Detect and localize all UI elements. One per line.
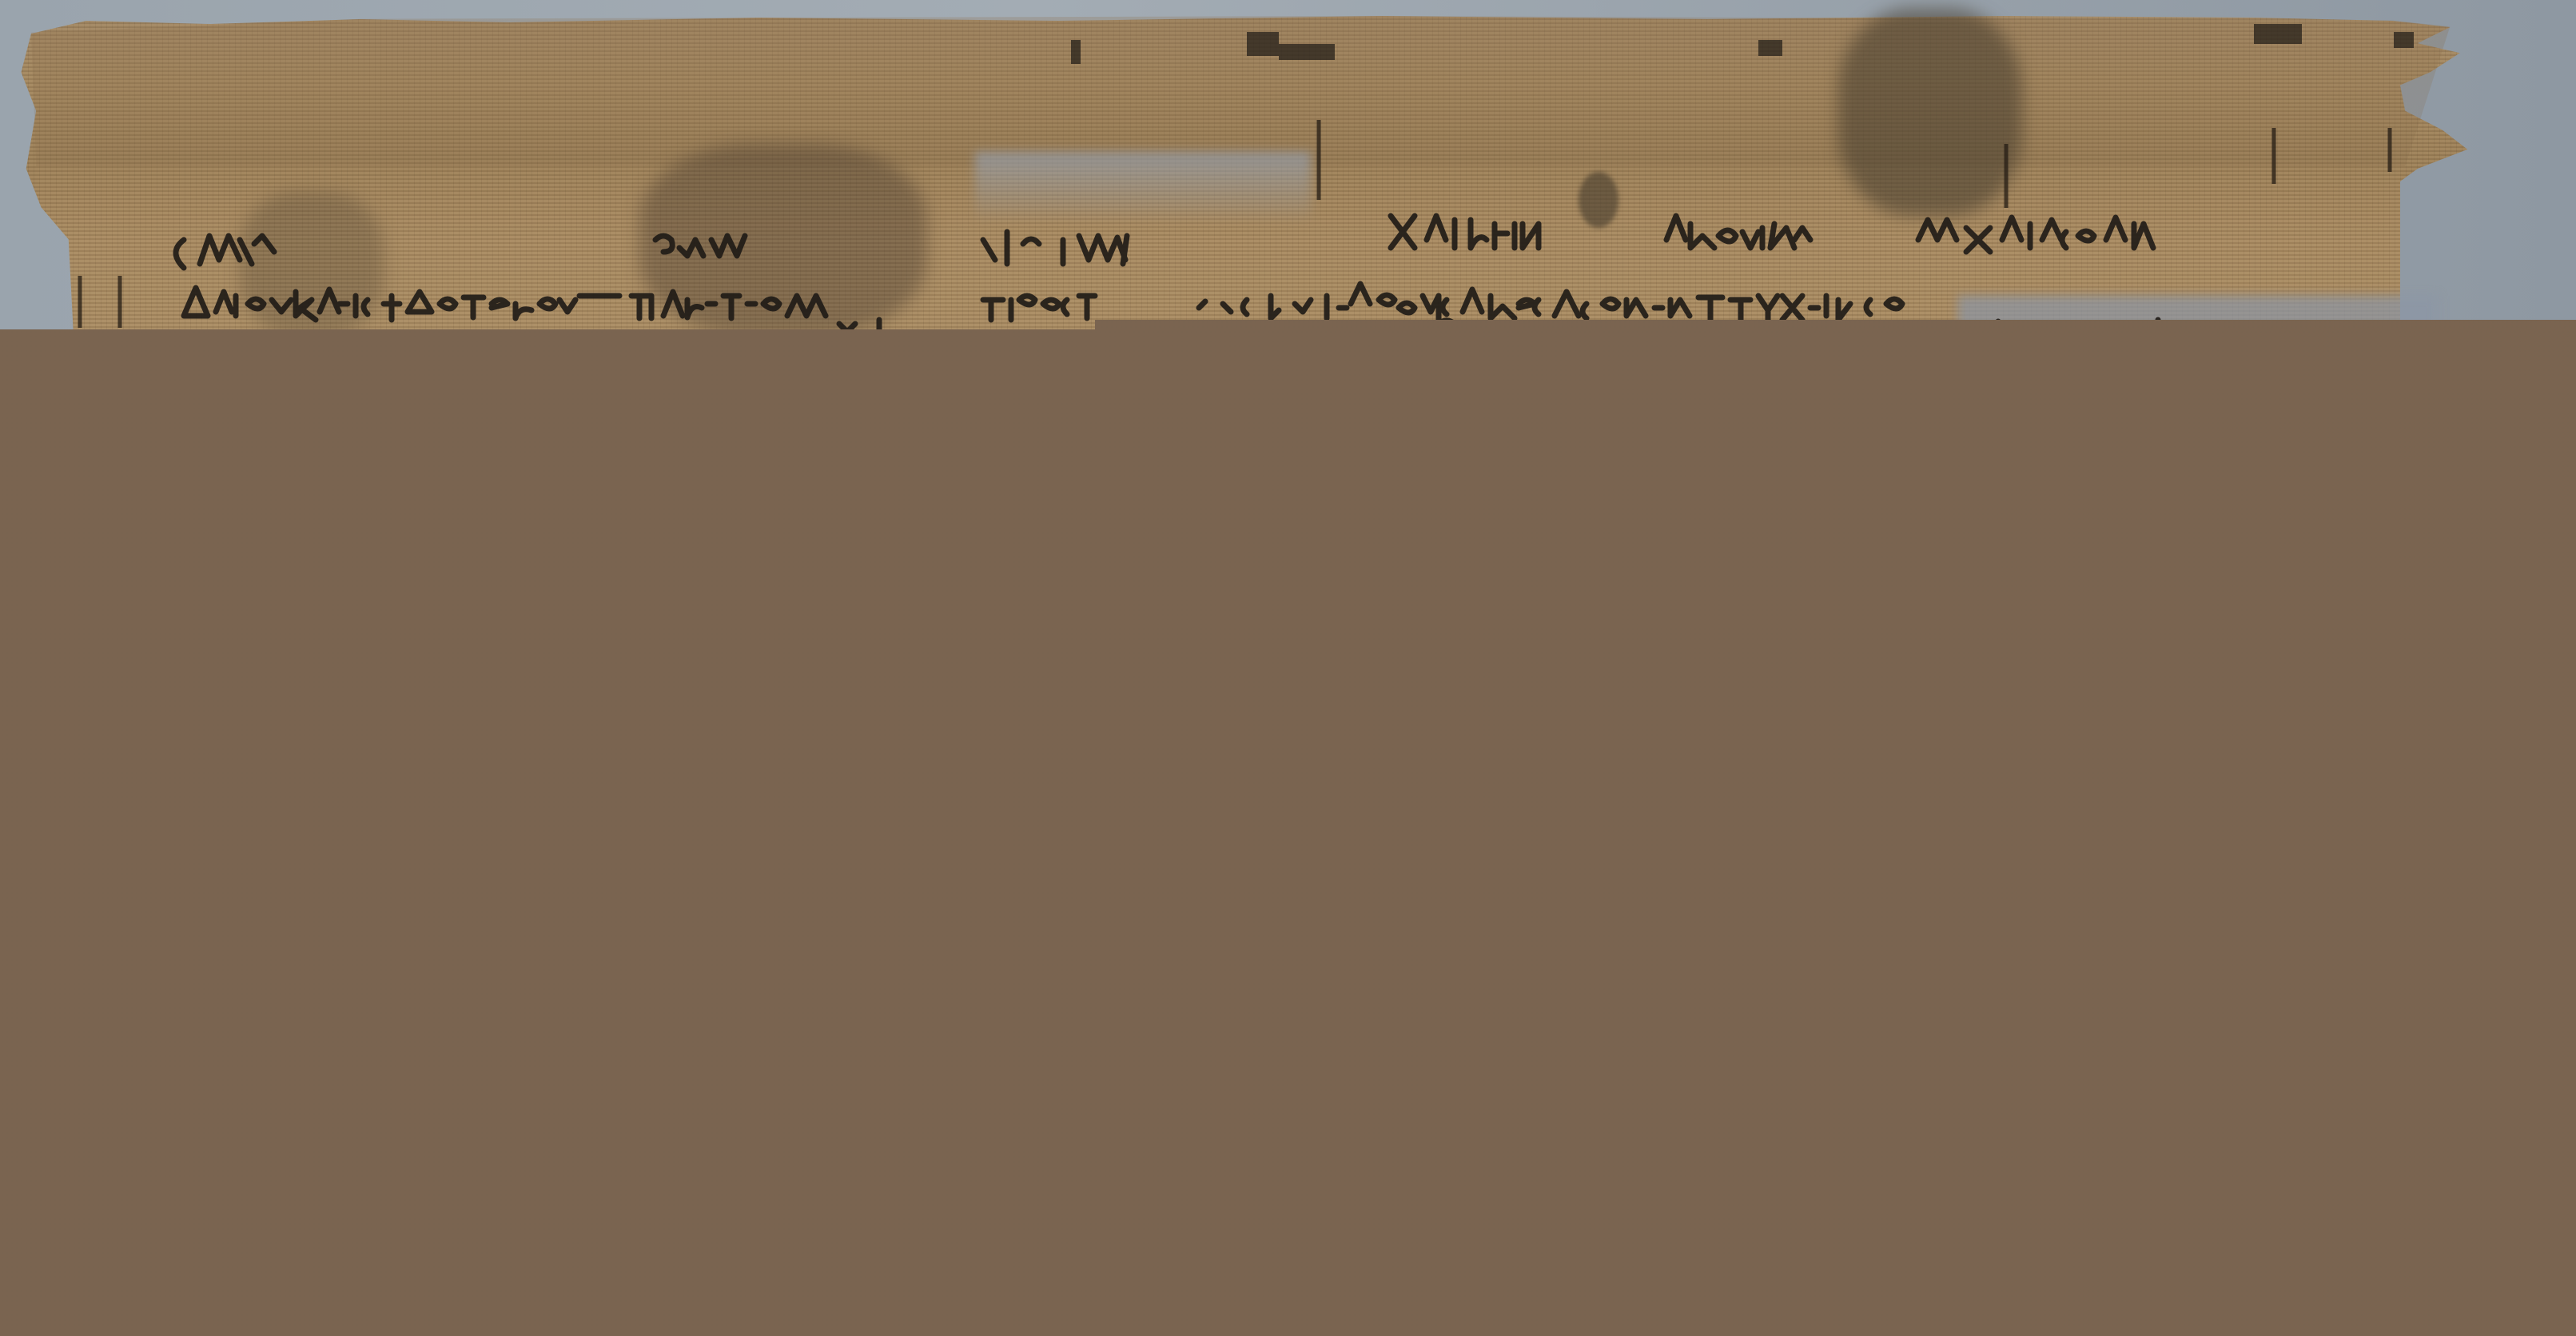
handwriting-ink bbox=[0, 0, 2576, 336]
unrendered-image-region bbox=[1095, 320, 2576, 331]
unrendered-image-region bbox=[0, 329, 2576, 1336]
papyrus-photograph bbox=[0, 0, 2576, 1336]
